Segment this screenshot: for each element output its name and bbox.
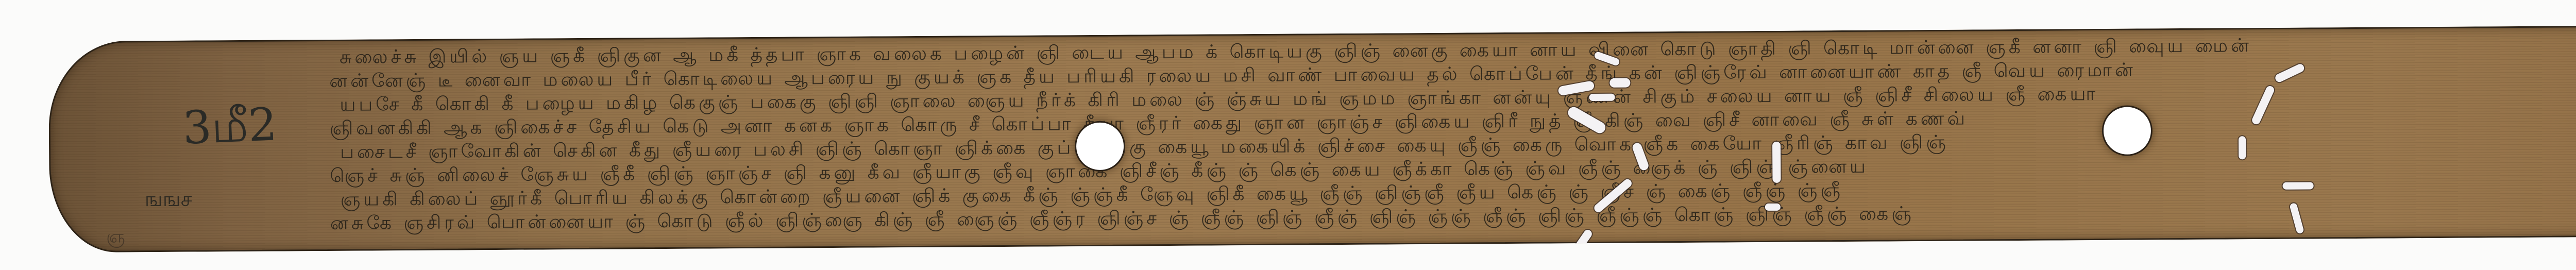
foliation-mark: 3மீ2 [182, 97, 279, 160]
damage-mark [1609, 78, 1630, 88]
damage-mark [1589, 94, 1615, 101]
palm-leaf: 3மீ2 ஙஙச ஞ சுலைச்சு இயில் ஞய ஞகீ ஞிகுன ஆ… [48, 23, 2576, 253]
margin-scribble: ஞ [106, 226, 125, 249]
margin-note: ஙஙச [145, 188, 193, 214]
damage-mark [1569, 228, 1594, 252]
damage-mark [1772, 142, 1781, 183]
manuscript-text: சுலைச்சு இயில் ஞய ஞகீ ஞிகுன ஆ மகீ த்தபா … [329, 30, 2576, 235]
damage-mark [2239, 136, 2246, 159]
binding-hole-right [2104, 107, 2151, 155]
damage-mark [2283, 182, 2314, 189]
binding-hole-left [1076, 123, 1124, 171]
manuscript-scan: 3மீ2 ஙஙச ஞ சுலைச்சு இயில் ஞய ஞகீ ஞிகுன ஆ… [0, 0, 2576, 270]
damage-mark [1765, 204, 1781, 211]
